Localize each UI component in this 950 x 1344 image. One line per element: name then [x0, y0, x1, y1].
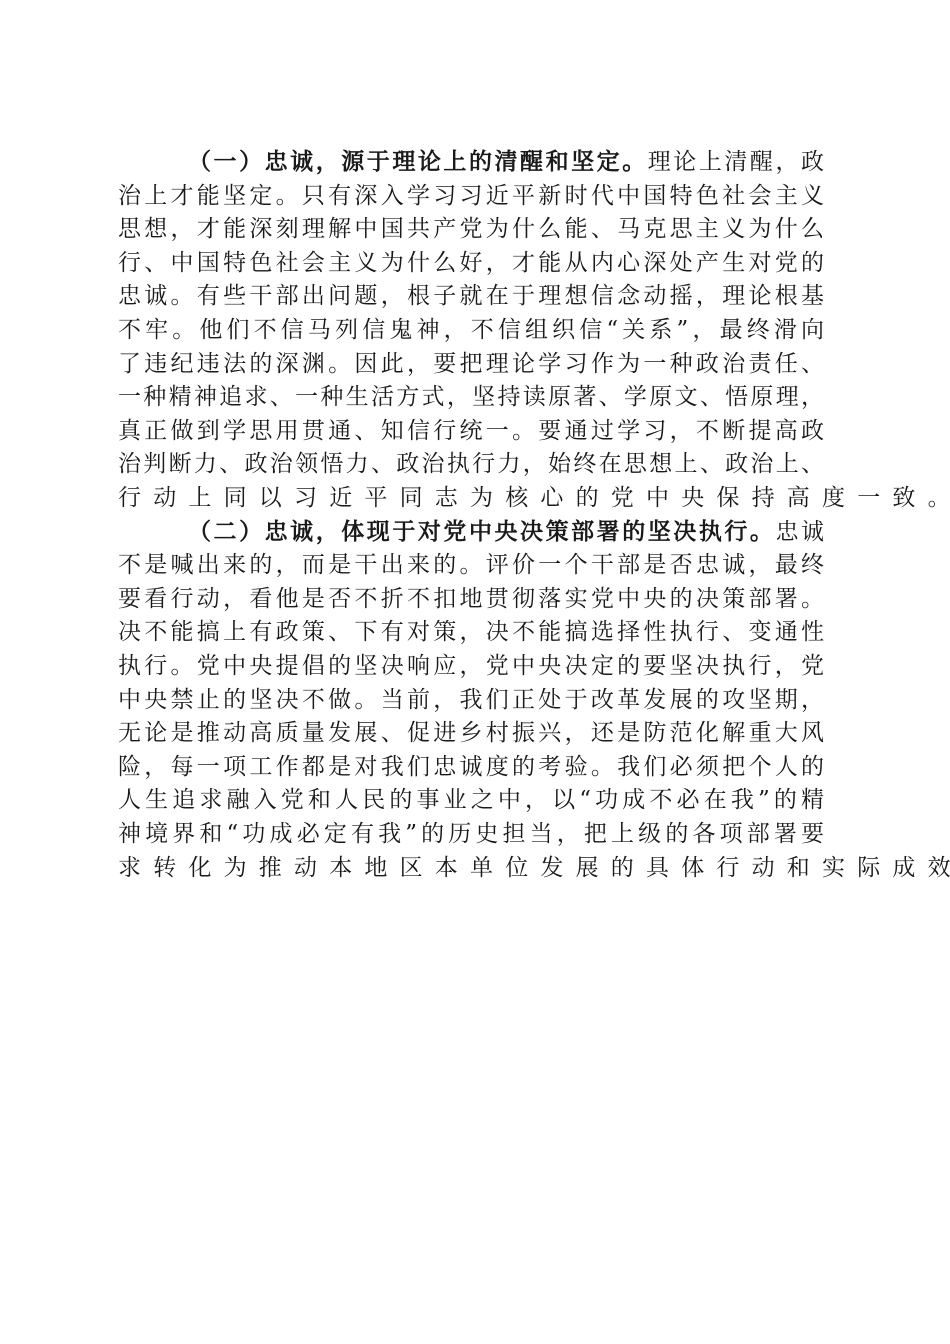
- paragraph-2-line-4: 决不能搞上有政策、下有对策，决不能搞选择性执行、变通性: [118, 615, 824, 649]
- paragraph-2-line-1: （二）忠诚，体现于对党中央决策部署的坚决执行。忠诚: [188, 515, 824, 549]
- paragraph-2-line-11: 求转化为推动本地区本单位发展的具体行动和实际成效。: [118, 851, 824, 885]
- document-page: （一）忠诚，源于理论上的清醒和坚定。理论上清醒，政 治上才能坚定。只有深入学习习…: [0, 0, 950, 1344]
- section-heading-2: （二）忠诚，体现于对党中央决策部署的坚决执行。: [188, 518, 775, 545]
- paragraph-1-line-11: 行动上同以习近平同志为核心的党中央保持高度一致。: [118, 481, 824, 515]
- paragraph-1-line-8: 一种精神追求、一种生活方式，坚持读原著、学原文、悟原理，: [118, 380, 824, 414]
- paragraph-2-line-2: 不是喊出来的，而是干出来的。评价一个干部是否忠诚，最终: [118, 548, 824, 582]
- paragraph-1-line-4: 行、中国特色社会主义为什么好，才能从内心深处产生对党的: [118, 246, 824, 280]
- paragraph-1-line-3: 思想，才能深刻理解中国共产党为什么能、马克思主义为什么: [118, 212, 824, 246]
- paragraph-2-line-6: 中央禁止的坚决不做。当前，我们正处于改革发展的攻坚期，: [118, 683, 824, 717]
- paragraph-1-line-2: 治上才能坚定。只有深入学习习近平新时代中国特色社会主义: [118, 179, 824, 213]
- paragraph-1-line-1: （一）忠诚，源于理论上的清醒和坚定。理论上清醒，政: [188, 145, 824, 179]
- section-heading-1: （一）忠诚，源于理论上的清醒和坚定。: [188, 148, 648, 175]
- paragraph-2-line-9: 人生追求融入党和人民的事业之中，以“功成不必在我”的精: [118, 783, 824, 817]
- paragraph-2-line-1-rest: 忠诚: [775, 519, 824, 545]
- paragraph-2-line-5: 执行。党中央提倡的坚决响应，党中央决定的要坚决执行，党: [118, 649, 824, 683]
- paragraph-2-line-7: 无论是推动高质量发展、促进乡村振兴，还是防范化解重大风: [118, 716, 824, 750]
- paragraph-2-line-8: 险，每一项工作都是对我们忠诚度的考验。我们必须把个人的: [118, 750, 824, 784]
- paragraph-1-line-6: 不牢。他们不信马列信鬼神，不信组织信“关系”，最终滑向: [118, 313, 824, 347]
- paragraph-2-line-10: 神境界和“功成必定有我”的历史担当，把上级的各项部署要: [118, 817, 824, 851]
- paragraph-1-line-9: 真正做到学思用贯通、知信行统一。要通过学习，不断提高政: [118, 414, 824, 448]
- paragraph-2-line-3: 要看行动，看他是否不折不扣地贯彻落实党中央的决策部署。: [118, 582, 824, 616]
- paragraph-1-line-7: 了违纪违法的深渊。因此，要把理论学习作为一种政治责任、: [118, 347, 824, 381]
- paragraph-1-line-5: 忠诚。有些干部出问题，根子就在于理想信念动摇，理论根基: [118, 279, 824, 313]
- paragraph-1-line-10: 治判断力、政治领悟力、政治执行力，始终在思想上、政治上、: [118, 447, 824, 481]
- paragraph-1-line-1-rest: 理论上清醒，政: [648, 149, 824, 175]
